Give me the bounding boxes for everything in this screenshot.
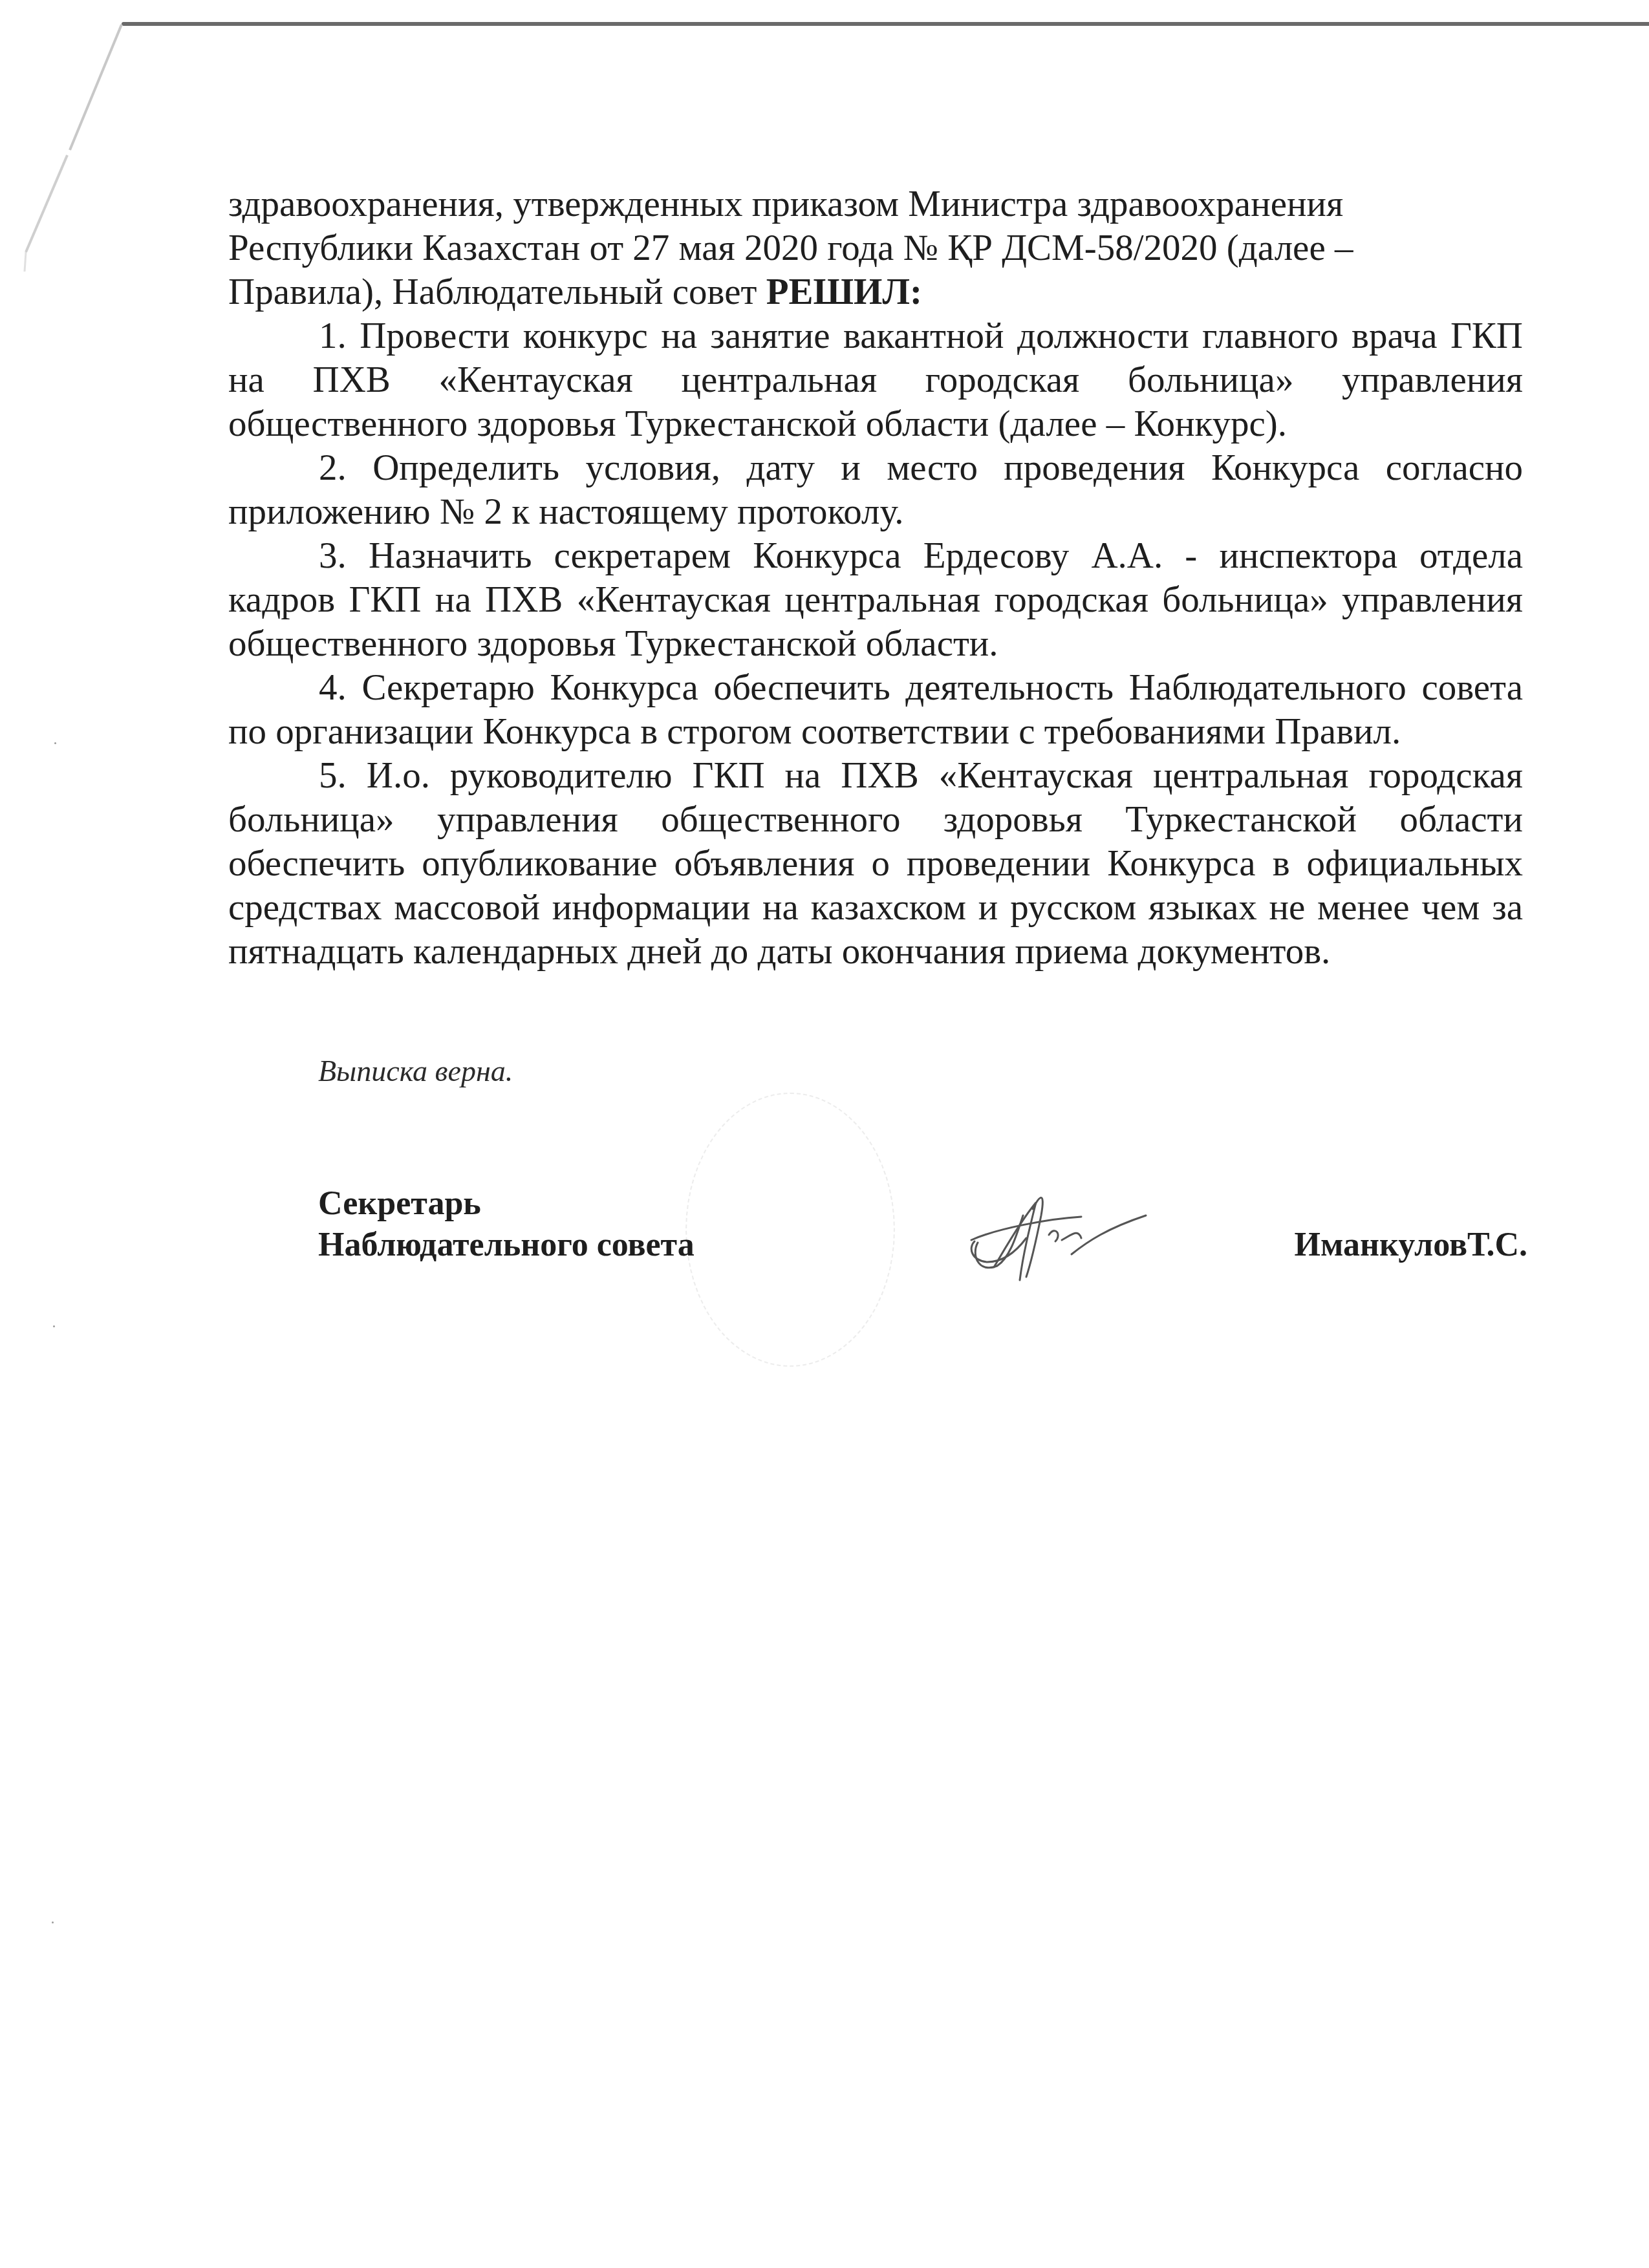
- scan-edge-top: [122, 22, 1649, 26]
- decision-item-1: 1. Провести конкурс на занятие вакантной…: [228, 314, 1523, 446]
- scan-edge-left: [0, 0, 129, 272]
- decision-number: 4.: [319, 667, 347, 708]
- intro-paragraph: здравоохранения, утвержденных приказом М…: [228, 182, 1523, 314]
- signatory-name: ИманкуловТ.С.: [1295, 1225, 1527, 1266]
- decision-item-2: 2. Определить условия, дату и место пров…: [228, 446, 1523, 534]
- signatory-role-line-1: Секретарь: [318, 1183, 695, 1225]
- decision-number: 1.: [319, 316, 347, 356]
- decision-number: 5.: [319, 755, 347, 796]
- intro-line-3: Правила), Наблюдательный совет: [228, 272, 766, 312]
- intro-line-1: здравоохранения, утвержденных приказом М…: [228, 184, 1343, 224]
- signatory-role: Секретарь Наблюдательного совета: [318, 1183, 695, 1266]
- handwritten-signature-icon: [958, 1190, 1165, 1287]
- decision-item-4: 4. Секретарю Конкурса обеспечить деятель…: [228, 666, 1523, 754]
- signatory-role-line-2: Наблюдательного совета: [318, 1225, 695, 1266]
- decision-item-5: 5. И.о. руководителю ГКП на ПХВ «Кентаус…: [228, 754, 1523, 974]
- decision-item-3: 3. Назначить секретарем Конкурса Ердесов…: [228, 534, 1523, 666]
- signature-block: Секретарь Наблюдательного совета Иманкул…: [318, 1183, 1527, 1287]
- scan-speck: [53, 1325, 55, 1327]
- decision-text: И.о. руководителю ГКП на ПХВ «Кентауская…: [228, 755, 1523, 972]
- decision-text: Определить условия, дату и место проведе…: [228, 447, 1523, 532]
- document-body: здравоохранения, утвержденных приказом М…: [228, 182, 1523, 974]
- decision-number: 2.: [319, 447, 347, 488]
- extract-certification-note: Выписка верна.: [318, 1054, 513, 1088]
- decision-text: Провести конкурс на занятие вакантной до…: [228, 316, 1523, 444]
- intro-line-2: Республики Казахстан от 27 мая 2020 года…: [228, 228, 1353, 268]
- resolution-heading: РЕШИЛ:: [766, 272, 922, 312]
- decision-number: 3.: [319, 535, 347, 576]
- decision-text: Назначить секретарем Конкурса Ердесову А…: [228, 535, 1523, 664]
- decision-text: Секретарю Конкурса обеспечить деятельнос…: [228, 667, 1523, 752]
- scan-speck: [54, 742, 56, 744]
- scan-speck: [52, 1921, 54, 1923]
